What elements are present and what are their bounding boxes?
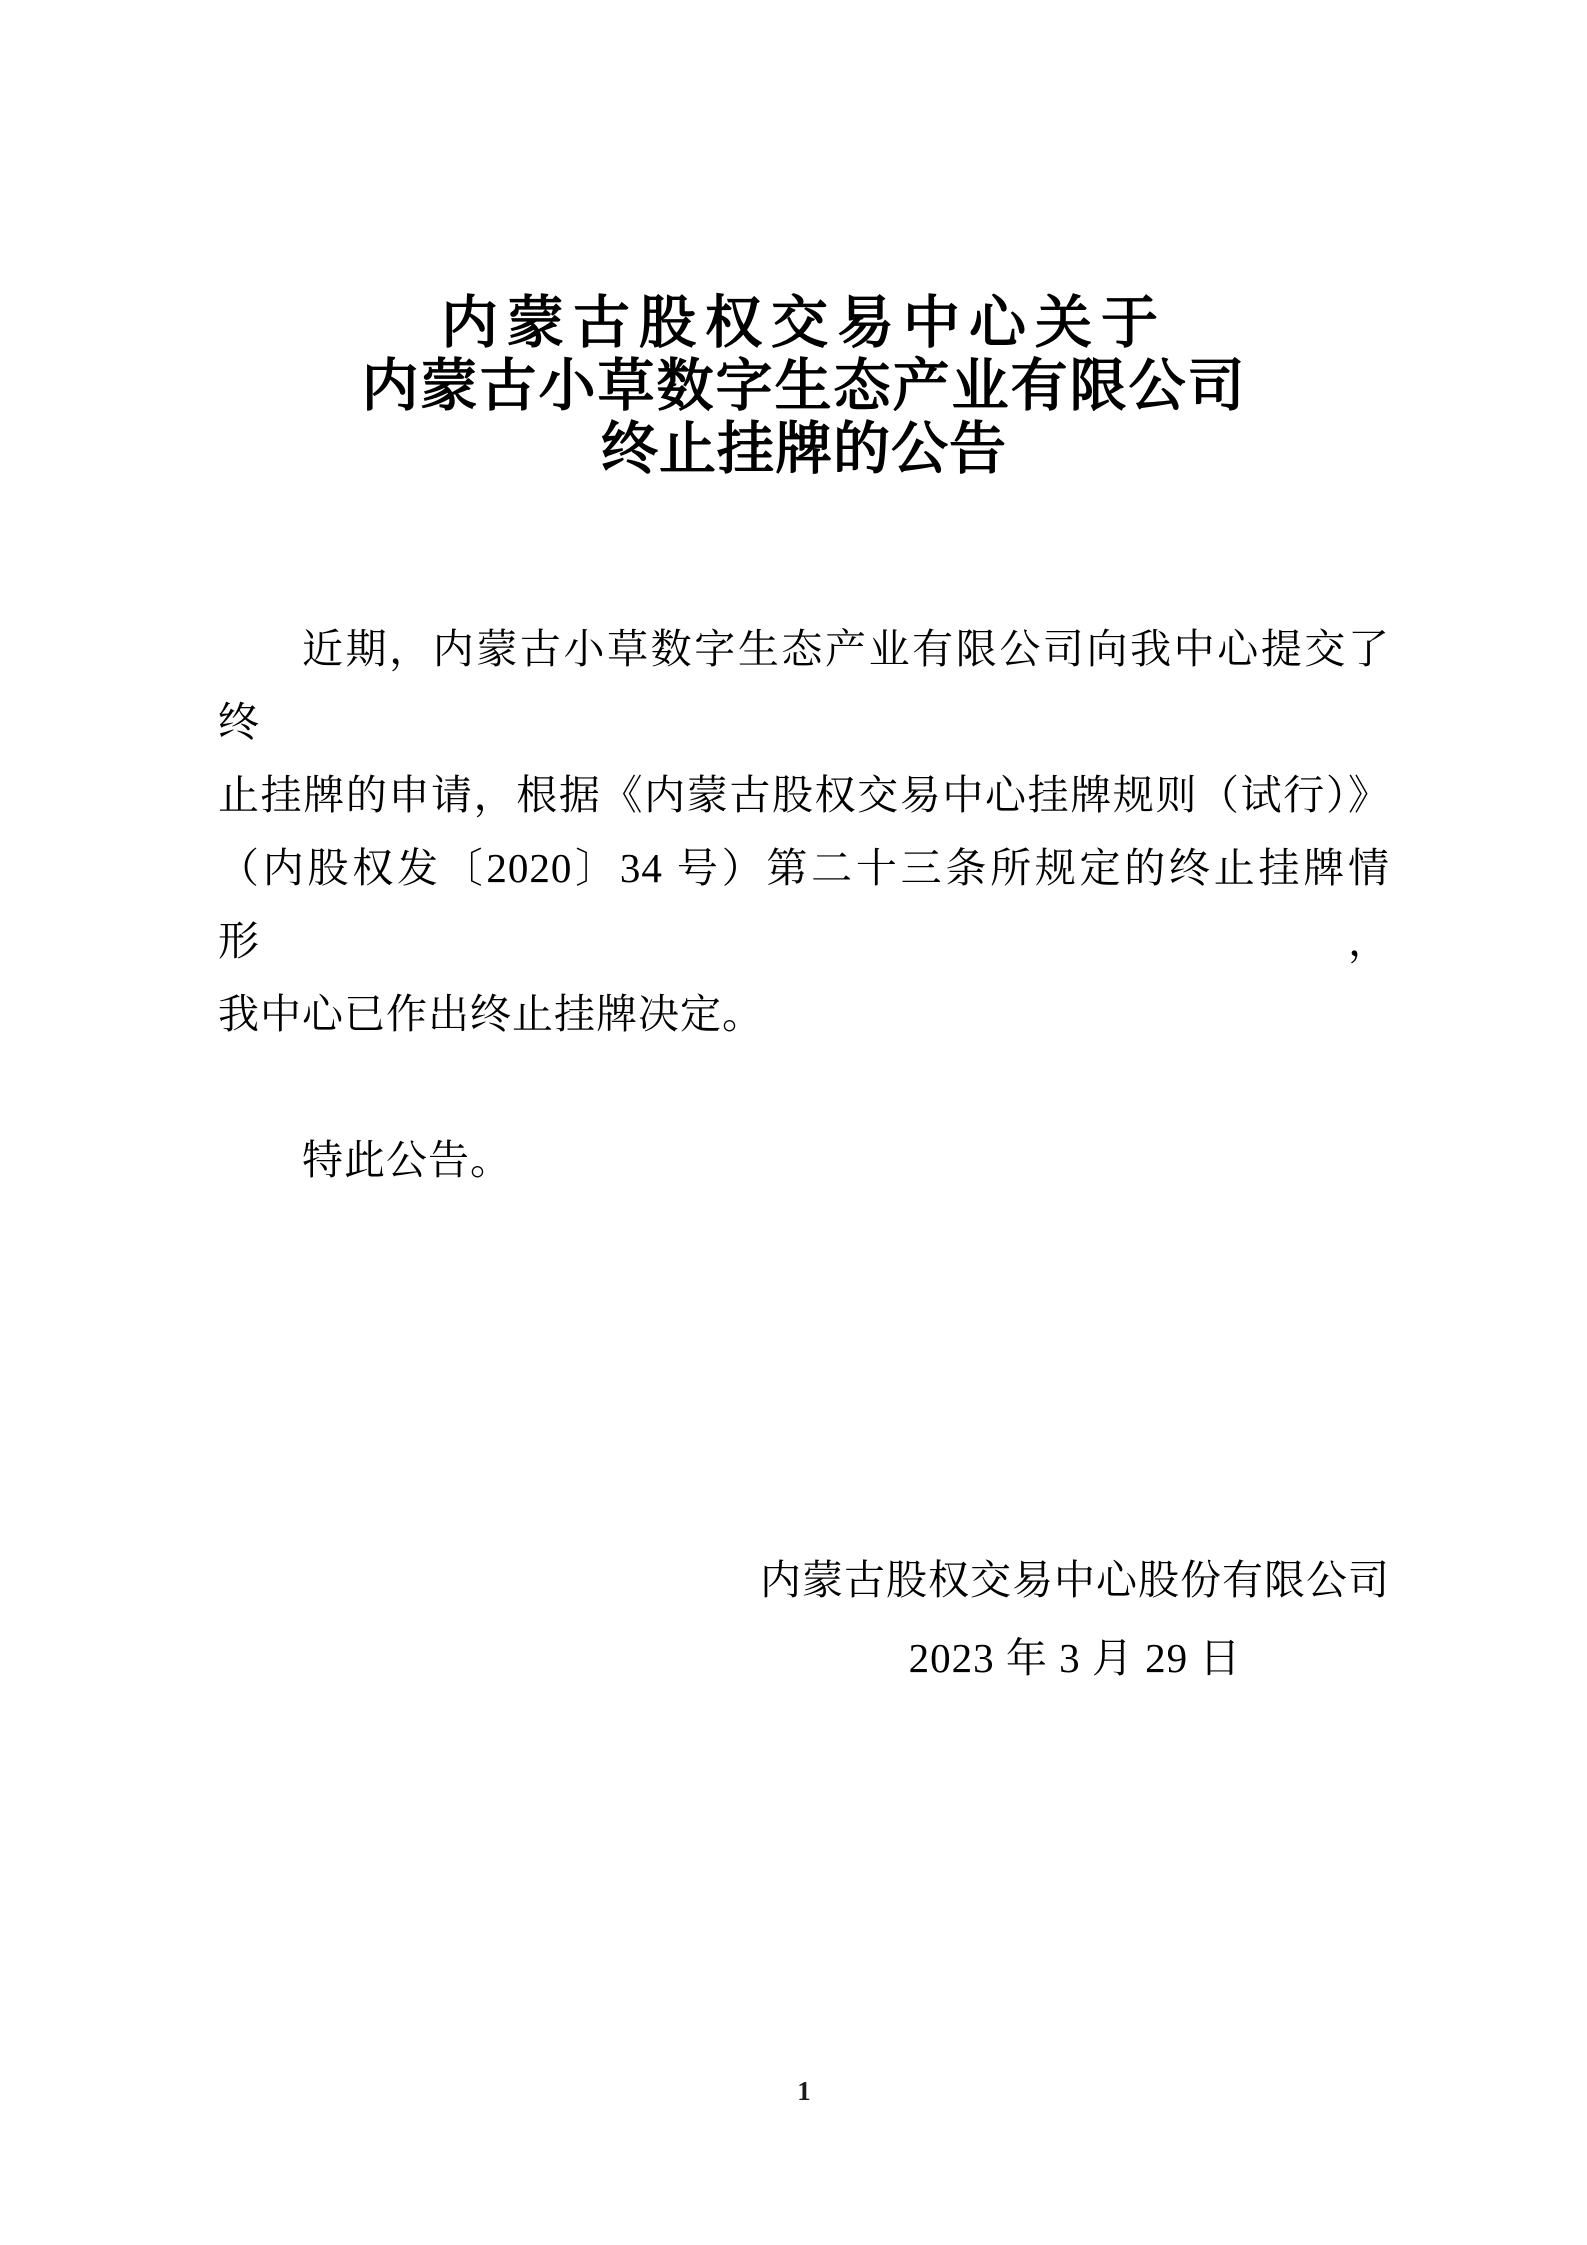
body-line-3: （内股权发〔2020〕34 号）第二十三条所规定的终止挂牌情形， [218,832,1390,978]
signature-inner: 内蒙古股权交易中心股份有限公司 2023 年 3 月 29 日 [760,1541,1390,1697]
body-paragraph: 近期，内蒙古小草数字生态产业有限公司向我中心提交了终 止挂牌的申请，根据《内蒙古… [218,613,1390,1051]
title-line-1: 内蒙古股权交易中心关于 [218,292,1390,355]
closing-statement: 特此公告。 [218,1124,1390,1197]
signature-block: 内蒙古股权交易中心股份有限公司 2023 年 3 月 29 日 [218,1541,1390,1697]
document-title: 内蒙古股权交易中心关于 内蒙古小草数字生态产业有限公司 终止挂牌的公告 [218,292,1390,481]
issuer-name: 内蒙古股权交易中心股份有限公司 [760,1541,1390,1619]
page-number: 1 [218,2075,1390,2107]
issue-date: 2023 年 3 月 29 日 [760,1619,1390,1697]
title-line-2: 内蒙古小草数字生态产业有限公司 [218,355,1390,418]
document-page: 内蒙古股权交易中心关于 内蒙古小草数字生态产业有限公司 终止挂牌的公告 近期，内… [0,0,1587,2245]
document-text-column: 内蒙古股权交易中心关于 内蒙古小草数字生态产业有限公司 终止挂牌的公告 近期，内… [218,0,1390,1697]
title-line-3: 终止挂牌的公告 [218,418,1390,481]
body-line-2: 止挂牌的申请，根据《内蒙古股权交易中心挂牌规则（试行）》 [218,759,1390,832]
body-line-4: 我中心已作出终止挂牌决定。 [218,978,1390,1051]
body-line-1: 近期，内蒙古小草数字生态产业有限公司向我中心提交了终 [218,613,1390,759]
